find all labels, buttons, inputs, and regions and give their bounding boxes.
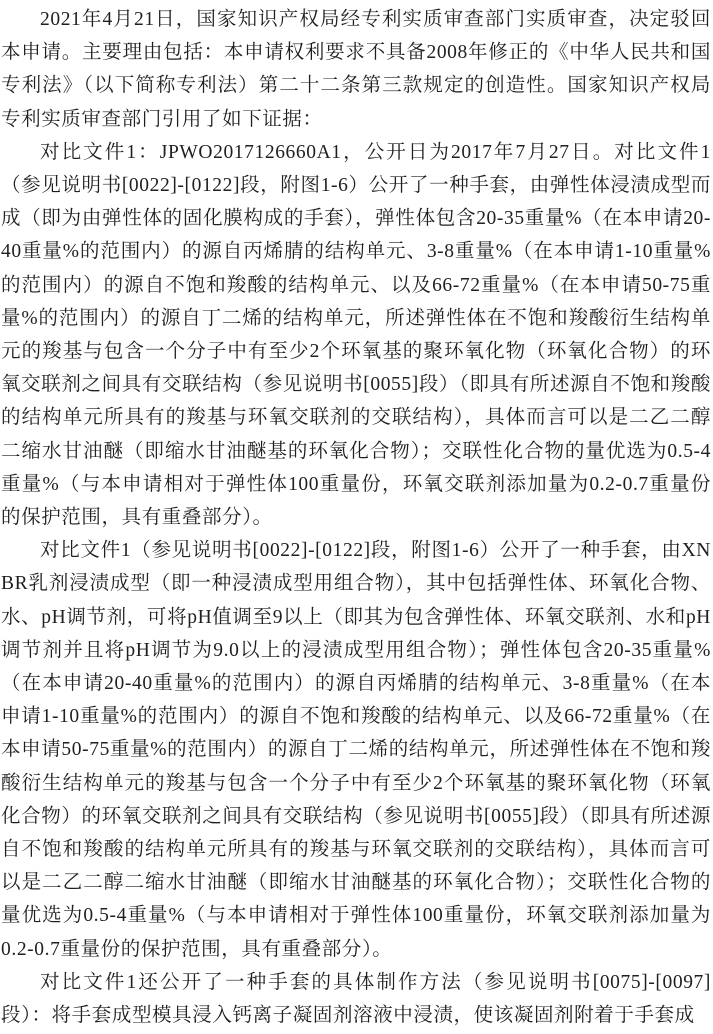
paragraph-rejection-decision: 2021年4月21日，国家知识产权局经专利实质审查部门实质审查，决定驳回本申请。… bbox=[1, 3, 711, 136]
paragraph-reference-document-1-manufacturing-method: 对比文件1还公开了一种手套的具体制作方法（参见说明书[0075]-[0097]段… bbox=[1, 966, 711, 1032]
patent-decision-text-body: 2021年4月21日，国家知识产权局经专利实质审查部门实质审查，决定驳回本申请。… bbox=[0, 0, 713, 1034]
paragraph-reference-document-1-disclosure: 对比文件1：JPWO2017126660A1，公开日为2017年7月27日。对比… bbox=[1, 136, 711, 534]
paragraph-reference-document-1-composition: 对比文件1（参见说明书[0022]-[0122]段，附图1-6）公开了一种手套，… bbox=[1, 534, 711, 966]
document-page: { "document": { "type": "patent-examinat… bbox=[0, 0, 713, 1034]
